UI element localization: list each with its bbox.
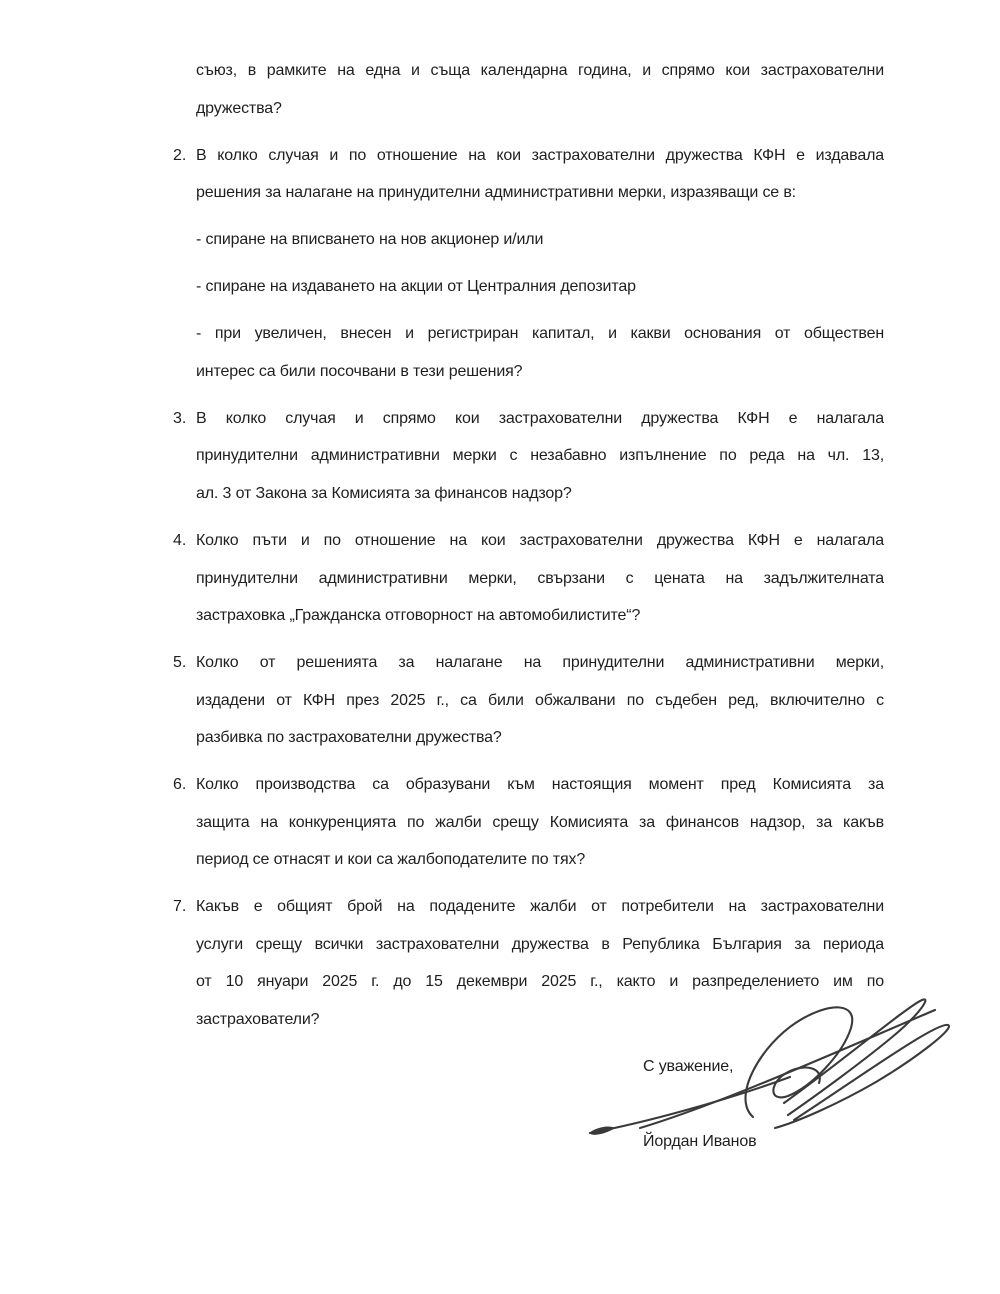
question-5: 5.Колко от решенията за налагане на прин… [196, 644, 884, 757]
text-line: разбивка по застрахователни дружества? [196, 729, 502, 746]
text-line: - спиране на вписването на нов акционер … [196, 231, 543, 248]
text-line: Колко пъти и по отношение на кои застрах… [196, 532, 884, 549]
text-line: решения за налагане на принудителни адми… [196, 184, 796, 201]
question-2-bullet-2: - спиране на издаването на акции от Цент… [196, 268, 884, 306]
text-line: застраховка „Гражданска отговорност на а… [196, 607, 640, 624]
text-line: Какъв е общият брой на подадените жалби … [196, 898, 884, 915]
text-line: Колко от решенията за налагане на принуд… [196, 654, 884, 671]
text-line: от 10 януари 2025 г. до 15 декември 2025… [196, 973, 884, 990]
text-line: принудителни административни мерки с нез… [196, 447, 884, 464]
text-line: В колко случая и спрямо кои застраховате… [196, 410, 884, 427]
question-2-bullet-3: - при увеличен, внесен и регистриран кап… [196, 315, 884, 390]
text-line: принудителни административни мерки, свър… [196, 570, 884, 587]
text-line: съюз, в рамките на една и съща календарн… [196, 62, 884, 79]
text-line: дружества? [196, 100, 282, 117]
text-line: ал. 3 от Закона за Комисията за финансов… [196, 485, 572, 502]
document-page: съюз, в рамките на една и съща календарн… [0, 0, 1000, 1294]
question-2: 2.В колко случая и по отношение на кои з… [196, 137, 884, 212]
text-line: - спиране на издаването на акции от Цент… [196, 278, 636, 295]
text-line: защита на конкуренцията по жалби срещу К… [196, 814, 884, 831]
signature-icon [585, 993, 950, 1148]
question-2-bullet-1: - спиране на вписването на нов акционер … [196, 221, 884, 259]
question-4: 4.Колко пъти и по отношение на кои застр… [196, 522, 884, 635]
text-line: издадени от КФН през 2025 г., са били об… [196, 692, 884, 709]
text-line: застрахователи? [196, 1011, 319, 1028]
question-1-continuation: съюз, в рамките на една и съща календарн… [196, 52, 884, 127]
text-line: Колко производства са образувани към нас… [196, 776, 884, 793]
text-line: - при увеличен, внесен и регистриран кап… [196, 325, 884, 342]
text-line: В колко случая и по отношение на кои зас… [196, 147, 884, 164]
text-line: период се отнасят и кои са жалбоподатели… [196, 851, 585, 868]
question-6: 6.Колко производства са образувани към н… [196, 766, 884, 879]
text-line: услуги срещу всички застрахователни друж… [196, 936, 884, 953]
question-3: 3.В колко случая и спрямо кои застрахова… [196, 400, 884, 513]
text-line: интерес са били посочвани в тези решения… [196, 363, 522, 380]
